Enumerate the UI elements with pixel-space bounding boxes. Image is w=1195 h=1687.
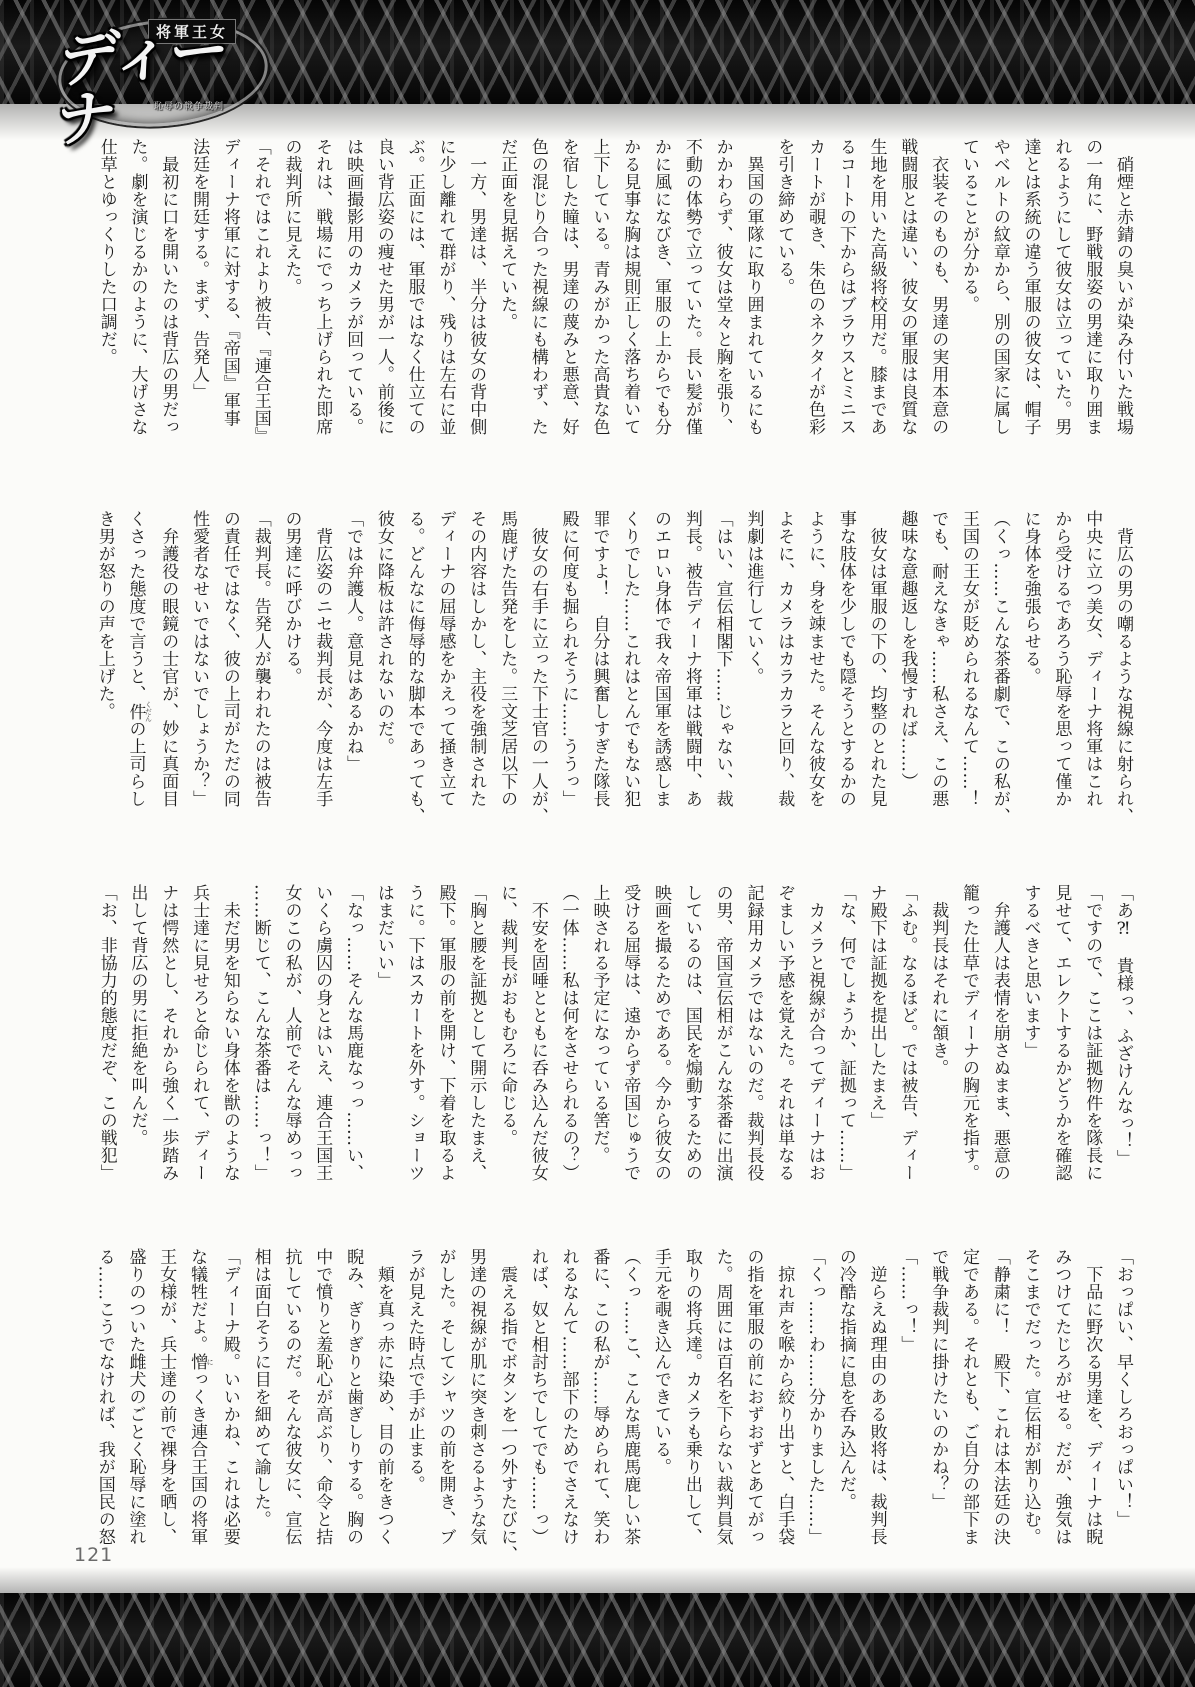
text-block-2: 背広の男の嘲るような視線に射られ、中央に立つ美女、ディーナ将軍はこれから受けるで… <box>68 510 1138 856</box>
text-column: だ正面を見据えていた。 <box>491 138 522 484</box>
text-column: 「くっ……わ……分かりました……」 <box>799 1248 830 1594</box>
text-column: 上映される予定になっている筈だ。 <box>584 884 615 1230</box>
text-column: くさった態度で言うと、件くだんの上司らし <box>120 510 153 856</box>
text-column: れば、奴と相討ちでしてでも……っ） <box>522 1248 553 1594</box>
text-column: 定である。それとも、ご自分の部下ま <box>953 1248 984 1594</box>
text-column: 取りの将兵達。カメラも乗り出して、 <box>676 1248 707 1594</box>
text-column: よそに、カメラはカラカラと回り、裁 <box>768 510 799 856</box>
text-column: れるようにして彼女は立っていた。男 <box>1046 138 1077 484</box>
text-column: ように、身を竦ませた。そんな彼女を <box>799 510 830 856</box>
text-column: 王国の王女が貶められるなんて……！ <box>953 510 984 856</box>
text-column: 罪ですよ！ 自分は興奮しすぎた隊長 <box>584 510 615 856</box>
text-column: （くっ……こんな茶番劇で、この私が、 <box>984 510 1015 856</box>
text-column: 背広の男の嘲るような視線に射られ、 <box>1107 510 1138 856</box>
text-column: から受けるであろう恥辱を思って僅か <box>1046 510 1077 856</box>
page-number: 121 <box>74 1544 113 1566</box>
text-column: 睨み、ぎりぎりと歯ぎしりする。胸の <box>337 1248 368 1594</box>
text-column: の責任ではなく、彼の上司がただの同 <box>214 510 245 856</box>
text-column: やベルトの紋章から、別の国家に属し <box>984 138 1015 484</box>
text-column: （くっ……こ、こんな馬鹿馬鹿しい茶 <box>614 1248 645 1594</box>
text-column: ていることが分かる。 <box>953 138 984 484</box>
text-column: 「な、何でしょうか、証拠って……」 <box>830 884 861 1230</box>
text-column: 異国の軍隊に取り囲まれているにも <box>738 138 769 484</box>
text-column: 受ける屈辱は、遠からず帝国じゅうで <box>614 884 645 1230</box>
text-column: 背広姿のニセ裁判長が、今度は左手 <box>306 510 337 856</box>
text-column: 中央に立つ美女、ディーナ将軍はこれ <box>1076 510 1107 856</box>
text-column: る。どんなに侮辱的な脚本であっても、 <box>399 510 430 856</box>
text-column: 映画を撮るためである。今から彼女の <box>645 884 676 1230</box>
text-column: 最初に口を開いたのは背広の男だっ <box>153 138 184 484</box>
text-column: 王女様が、兵士達の前で裸身を晒し、 <box>151 1248 182 1594</box>
text-column: は映画撮影用のカメラが回っている。 <box>337 138 368 484</box>
bottom-chain-border <box>0 1593 1195 1687</box>
text-column: た。周囲には百名を下らない裁判員気 <box>707 1248 738 1594</box>
text-column: しているのは、国民を煽動するための <box>676 884 707 1230</box>
text-column: に身体を強張らせる。 <box>1015 510 1046 856</box>
text-column: 「なっ……そんな馬鹿なっっ……い、 <box>337 884 368 1230</box>
top-chain-border: 将軍王女 ディーナ 恥辱の戦争裁判 <box>0 0 1195 104</box>
text-column: 中で憤りと羞恥心が高ぶり、命令と拮 <box>306 1248 337 1594</box>
text-column: の一角に、野戦服姿の男達に取り囲ま <box>1076 138 1107 484</box>
text-column: 「あ⁈ 貴様っ、ふざけんなっ！」 <box>1107 884 1138 1230</box>
text-column: ディーナの屈辱感をかえって掻き立て <box>430 510 461 856</box>
text-column: 馬鹿げた告発をした。三文芝居以下の <box>491 510 522 856</box>
text-column: その内容はしかし、主役を強制された <box>460 510 491 856</box>
text-column: 弁護人は表情を崩さぬまま、悪意の <box>984 884 1015 1230</box>
text-column: くりでした……これはとんでもない犯 <box>614 510 645 856</box>
text-column: 殿に何度も掘られそうに……ううっ」 <box>553 510 584 856</box>
text-column: れるなんて……部下のためでさえなけ <box>553 1248 584 1594</box>
text-column: ぶ。正面には、軍服ではなく仕立ての <box>399 138 430 484</box>
text-column: 硝煙と赤錆の臭いが染み付いた戦場 <box>1107 138 1138 484</box>
text-block-4: 「おっぱい、早くしろおっぱい！」 下品に野次る男達を、ディーナは睨みつけてたじろ… <box>68 1248 1138 1594</box>
text-column: 「それではこれより被告、『連合王国』 <box>245 138 276 484</box>
text-column: 未だ男を知らない身体を獣のような <box>214 884 245 1230</box>
text-column: 頬を真っ赤に染め、目の前をきつく <box>368 1248 399 1594</box>
logo-title: ディーナ <box>54 17 274 151</box>
text-column: かに風になびき、軍服の上からでも分 <box>645 138 676 484</box>
text-column: 女のこの私が、人前でそんな辱めっっ <box>276 884 307 1230</box>
text-column: 仕草とゆっくりした口調だ。 <box>91 138 122 484</box>
text-column: るコートの下からはブラウスとミニス <box>830 138 861 484</box>
text-column: き男が怒りの声を上げた。 <box>89 510 120 856</box>
text-column: 記録用カメラではないのだ。裁判長役 <box>738 884 769 1230</box>
text-column: 色の混じり合った視線にも構わず、た <box>522 138 553 484</box>
text-column: カメラと視線が合ってディーナはお <box>799 884 830 1230</box>
text-column: 彼女は軍服の下の、均整のとれた見 <box>861 510 892 856</box>
text-column: のエロい身体で我々帝国軍を誘惑しま <box>645 510 676 856</box>
text-column: 「ですので、ここは証拠物件を隊長に <box>1076 884 1107 1230</box>
series-logo: 将軍王女 ディーナ 恥辱の戦争裁判 <box>56 6 270 128</box>
text-column: でも、耐えなきゃ……私さえ、この悪 <box>922 510 953 856</box>
text-column: 下品に野次る男達を、ディーナは睨 <box>1076 1248 1107 1594</box>
text-column: 「胸と腰を証拠として開示したまえ、 <box>460 884 491 1230</box>
novel-page: 将軍王女 ディーナ 恥辱の戦争裁判 硝煙と赤錆の臭いが染み付いた戦場の一角に、野… <box>0 0 1195 1687</box>
text-column: の男達に呼びかける。 <box>276 510 307 856</box>
text-column: 法廷を開廷する。まず、告発人」 <box>183 138 214 484</box>
text-column: な犠牲だよ。憎にっくき連合王国の将軍 <box>181 1248 214 1594</box>
text-column: がした。そしてシャツの前を開き、ブ <box>430 1248 461 1594</box>
text-column: 不動の体勢で立っていた。長い髪が僅 <box>676 138 707 484</box>
text-column: 抗しているのだ。そんな彼女に、宣伝 <box>276 1248 307 1594</box>
text-column: ぞましい予感を覚えた。それは単なる <box>768 884 799 1230</box>
text-column: ディーナ将軍に対する、『帝国』軍事 <box>214 138 245 484</box>
text-column: かかわらず、彼女は堂々と胸を張り、 <box>707 138 738 484</box>
text-column: （一体……私は何をさせられるの？） <box>553 884 584 1230</box>
text-column: 「では弁護人。意見はあるかね」 <box>337 510 368 856</box>
text-column: 見せて、エレクトするかどうかを確認 <box>1046 884 1077 1230</box>
text-column: を宿した瞳は、男達の蔑みと悪意、好 <box>553 138 584 484</box>
text-block-3: 「あ⁈ 貴様っ、ふざけんなっ！」「ですので、ここは証拠物件を隊長に見せて、エレク… <box>68 884 1138 1230</box>
text-column: 弁護役の眼鏡の士官が、妙に真面目 <box>153 510 184 856</box>
text-column: 殿下。軍服の前を開け、下着を取るよ <box>430 884 461 1230</box>
text-column: の冷酷な指摘に息を呑み込んだ。 <box>830 1248 861 1594</box>
text-column: 逆らえぬ理由のある敗将は、裁判長 <box>861 1248 892 1594</box>
text-column: 「裁判長。告発人が襲われたのは被告 <box>245 510 276 856</box>
text-column: 彼女に降板は許されないのだ。 <box>368 510 399 856</box>
text-column: に少し離れて群がり、残りは左右に並 <box>430 138 461 484</box>
text-column: 一方、男達は、半分は彼女の背中側 <box>460 138 491 484</box>
text-column: 性愛者なせいではないでしょうか？」 <box>183 510 214 856</box>
text-column: で戦争裁判に掛けたいのかね？」 <box>922 1248 953 1594</box>
text-column: の男、帝国宣伝相がこんな茶番に出演 <box>707 884 738 1230</box>
text-column: 「おっぱい、早くしろおっぱい！」 <box>1107 1248 1138 1594</box>
text-column: それは、戦場にでっち上げられた即席 <box>306 138 337 484</box>
text-column: ナ殿下は証拠を提出したまえ」 <box>861 884 892 1230</box>
text-column: みつけてたじろがせる。だが、強気は <box>1046 1248 1077 1594</box>
text-column: の指を軍服の前におずおずとあてがっ <box>738 1248 769 1594</box>
text-column: 相は面白そうに目を細めて諭した。 <box>245 1248 276 1594</box>
text-column: に、裁判長がおもむろに命じる。 <box>491 884 522 1230</box>
text-column: 手元を覗き込んできている。 <box>645 1248 676 1594</box>
text-column: を引き締めている。 <box>768 138 799 484</box>
text-column: る……こうでなければ、我が国民の怒 <box>89 1248 120 1594</box>
text-column: 判劇は進行していく。 <box>738 510 769 856</box>
text-column: 達とは系統の違う軍服の彼女は、帽子 <box>1015 138 1046 484</box>
text-column: 良い背広姿の痩せた男が一人。前後に <box>368 138 399 484</box>
text-column: 掠れ声を喉から絞り出すと、白手袋 <box>768 1248 799 1594</box>
text-column: ……断じて、こんな茶番は……っ！」 <box>245 884 276 1230</box>
text-column: 兵士達に見せろと命じられて、ディー <box>183 884 214 1230</box>
text-column: の裁判所に見えた。 <box>276 138 307 484</box>
text-column: ラが見えた時点で手が止まる。 <box>399 1248 430 1594</box>
text-column: 判長。被告ディーナ将軍は戦闘中、あ <box>676 510 707 856</box>
text-column: 震える指でボタンを一つ外すたびに、 <box>491 1248 522 1594</box>
text-column: 「静粛に！ 殿下、これは本法廷の決 <box>984 1248 1015 1594</box>
text-column: 「ディーナ殿。いいかね、これは必要 <box>214 1248 245 1594</box>
text-column: 盛りのついた雌犬のごとく恥辱に塗れ <box>120 1248 151 1594</box>
text-column: 出して背広の男に拒絶を叫んだ。 <box>122 884 153 1230</box>
text-column: かる見事な胸は規則正しく落ち着いて <box>614 138 645 484</box>
text-column: そこまでだった。宣伝相が割り込む。 <box>1015 1248 1046 1594</box>
text-column: 番に、この私が……辱められて、笑わ <box>584 1248 615 1594</box>
text-column: うに。下はスカートを外す。ショーツ <box>399 884 430 1230</box>
text-column: 趣味な意趣返しを我慢すれば……） <box>892 510 923 856</box>
text-column: 事な肢体を少しでも隠そうとするかの <box>830 510 861 856</box>
text-column: 戦闘服とは違い、彼女の軍服は良質な <box>892 138 923 484</box>
text-column: するべきと思います」 <box>1015 884 1046 1230</box>
text-column: 生地を用いた高級将校用だ。膝まであ <box>861 138 892 484</box>
text-column: 籠った仕草でディーナの胸元を指す。 <box>953 884 984 1230</box>
text-column: た。劇を演じるかのように、大げさな <box>122 138 153 484</box>
text-column: 「ふむ。なるほど。では被告、ディー <box>892 884 923 1230</box>
text-column: 男達の視線が肌に突き刺さるような気 <box>460 1248 491 1594</box>
text-column: 「……っ！」 <box>892 1248 923 1594</box>
text-column: 「お、非協力的態度だぞ、この戦犯」 <box>91 884 122 1230</box>
text-column: 彼女の右手に立った下士官の一人が、 <box>522 510 553 856</box>
text-column: 不安を固唾とともに呑み込んだ彼女 <box>522 884 553 1230</box>
text-column: 裁判長はそれに頷き。 <box>922 884 953 1230</box>
text-column: はまだいい」 <box>368 884 399 1230</box>
text-column: いくら虜囚の身とはいえ、連合王国王 <box>306 884 337 1230</box>
text-column: 衣装そのものも、男達の実用本意の <box>922 138 953 484</box>
text-column: 上下している。青みがかった高貴な色 <box>584 138 615 484</box>
text-block-1: 硝煙と赤錆の臭いが染み付いた戦場の一角に、野戦服姿の男達に取り囲まれるようにして… <box>68 138 1138 484</box>
text-column: カートが覗き、朱色のネクタイが色彩 <box>799 138 830 484</box>
text-column: ナは愕然とし、それから強く一歩踏み <box>153 884 184 1230</box>
logo-subtitle: 恥辱の戦争裁判 <box>154 99 224 112</box>
text-column: 「はい、宣伝相閣下……じゃない、裁 <box>707 510 738 856</box>
